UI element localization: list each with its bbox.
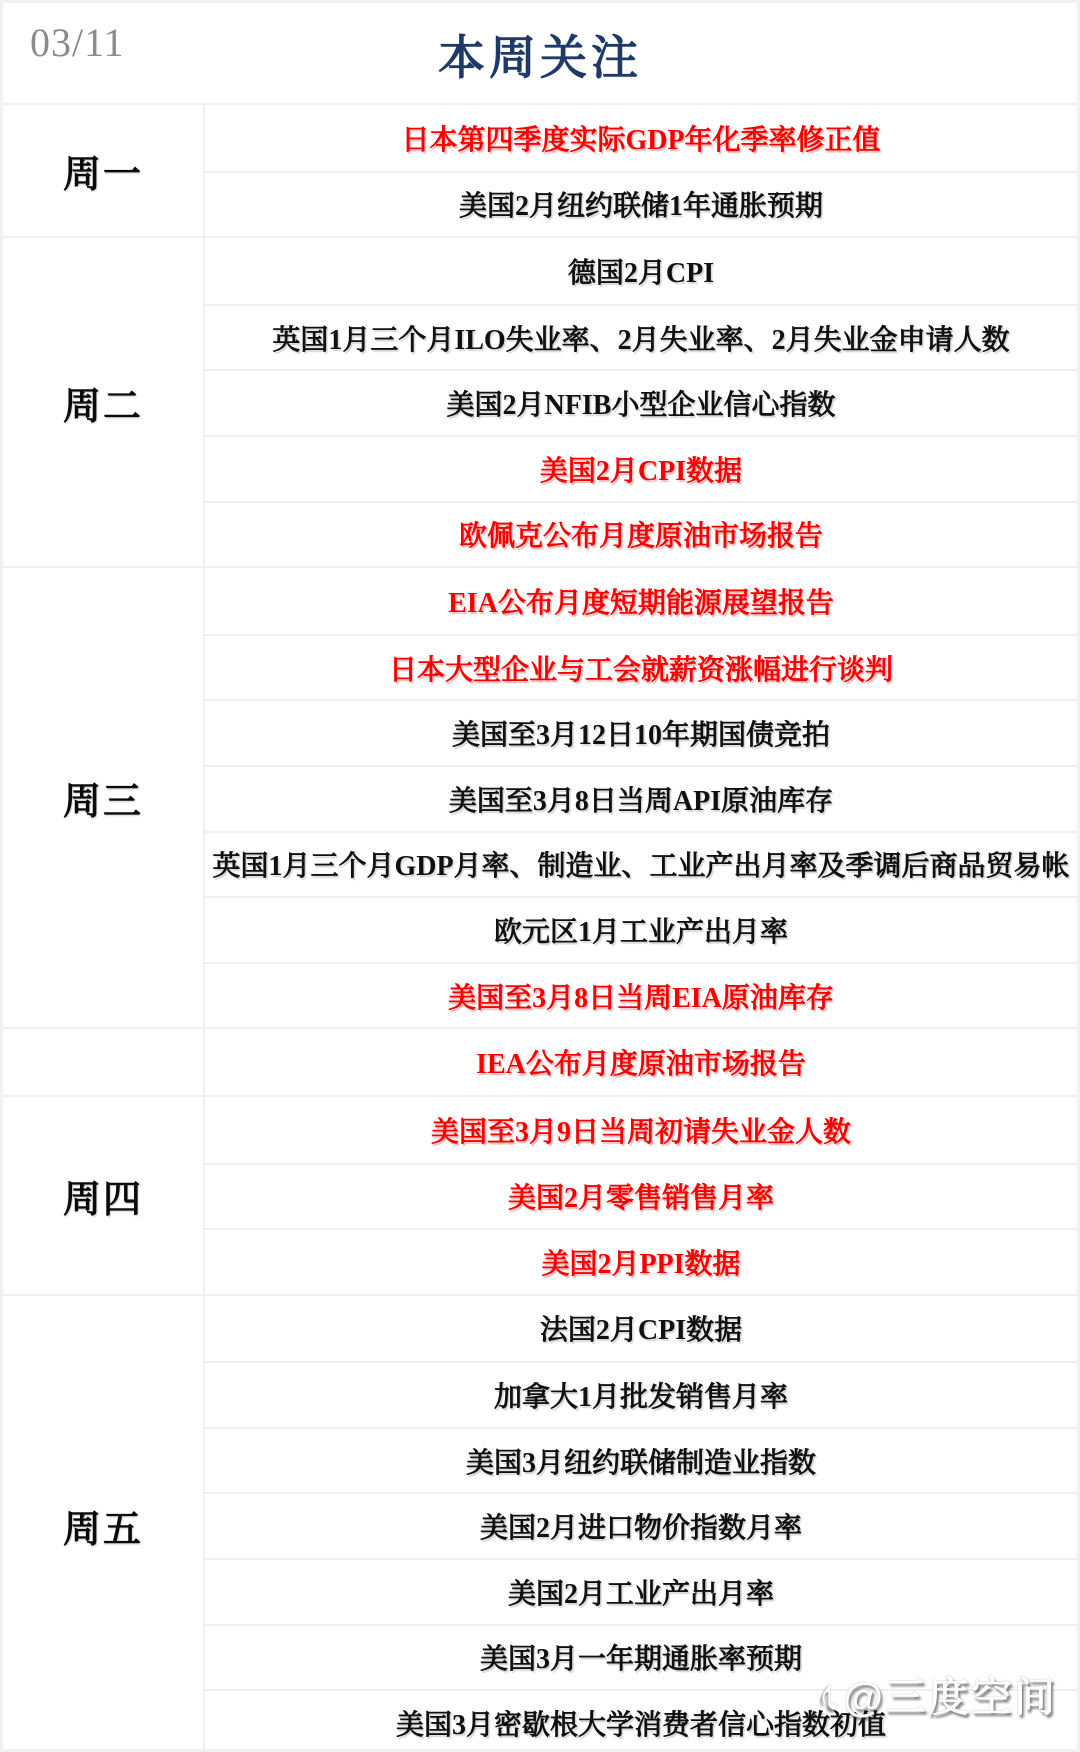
event-row: 德国2月CPI: [205, 238, 1077, 304]
event-row: 法国2月CPI数据: [205, 1296, 1077, 1362]
event-list: 日本第四季度实际GDP年化季率修正值美国2月纽约联储1年通胀预期: [205, 105, 1077, 236]
event-row: 美国至3月8日当周EIA原油库存: [205, 962, 1077, 1028]
event-text: 美国至3月12日10年期国债竞拍: [452, 713, 830, 753]
event-text: 美国2月进口物价指数月率: [480, 1506, 802, 1546]
event-list: EIA公布月度短期能源展望报告日本大型企业与工会就薪资涨幅进行谈判美国至3月12…: [205, 568, 1077, 1027]
event-text-highlight: 美国2月零售销售月率: [508, 1176, 774, 1216]
event-list: 美国至3月9日当周初请失业金人数美国2月零售销售月率美国2月PPI数据: [205, 1097, 1077, 1294]
day-label: 周三: [3, 568, 205, 1027]
event-text: 美国2月NFIB小型企业信心指数: [447, 383, 836, 423]
event-row: 美国2月零售销售月率: [205, 1163, 1077, 1229]
event-row: 美国3月纽约联储制造业指数: [205, 1427, 1077, 1493]
event-row: 美国2月PPI数据: [205, 1228, 1077, 1294]
event-row: 美国至3月9日当周初请失业金人数: [205, 1097, 1077, 1163]
day-group: IEA公布月度原油市场报告: [3, 1027, 1077, 1095]
event-row: 美国2月纽约联储1年通胀预期: [205, 171, 1077, 237]
day-label: 周五: [3, 1296, 205, 1752]
infographic-page: 03/11 本周关注 周一日本第四季度实际GDP年化季率修正值美国2月纽约联储1…: [0, 0, 1080, 1752]
event-row: 英国1月三个月ILO失业率、2月失业率、2月失业金申请人数: [205, 304, 1077, 370]
event-text-highlight: 美国至3月9日当周初请失业金人数: [431, 1110, 851, 1150]
event-text: 英国1月三个月ILO失业率、2月失业率、2月失业金申请人数: [272, 318, 1009, 358]
day-group: 周三EIA公布月度短期能源展望报告日本大型企业与工会就薪资涨幅进行谈判美国至3月…: [3, 566, 1077, 1027]
event-text-highlight: 美国2月CPI数据: [540, 449, 742, 489]
event-text-highlight: 日本第四季度实际GDP年化季率修正值: [401, 118, 880, 158]
event-text: 德国2月CPI: [568, 251, 714, 291]
day-group: 周四美国至3月9日当周初请失业金人数美国2月零售销售月率美国2月PPI数据: [3, 1095, 1077, 1294]
day-label: 周二: [3, 238, 205, 566]
day-label: 周一: [3, 105, 205, 236]
event-row: 美国2月进口物价指数月率: [205, 1492, 1077, 1558]
event-row: 美国2月NFIB小型企业信心指数: [205, 369, 1077, 435]
event-list: 法国2月CPI数据加拿大1月批发销售月率美国3月纽约联储制造业指数美国2月进口物…: [205, 1296, 1077, 1752]
event-row: 美国至3月8日当周API原油库存: [205, 765, 1077, 831]
day-label: [3, 1029, 205, 1095]
event-row: 美国3月密歇根大学消费者信心指数初值: [205, 1689, 1077, 1752]
event-row: 欧佩克公布月度原油市场报告: [205, 501, 1077, 567]
header: 03/11 本周关注: [3, 3, 1077, 100]
event-row: 美国2月工业产出月率: [205, 1558, 1077, 1624]
event-text: 美国2月工业产出月率: [508, 1572, 774, 1612]
day-group: 周一日本第四季度实际GDP年化季率修正值美国2月纽约联储1年通胀预期: [3, 105, 1077, 236]
event-text-highlight: 欧佩克公布月度原油市场报告: [459, 514, 823, 554]
event-text: 欧元区1月工业产出月率: [494, 910, 788, 950]
event-text: 加拿大1月批发销售月率: [494, 1375, 788, 1415]
event-text-highlight: IEA公布月度原油市场报告: [476, 1042, 806, 1082]
event-text-highlight: EIA公布月度短期能源展望报告: [448, 581, 834, 621]
event-row: 美国3月一年期通胀率预期: [205, 1624, 1077, 1690]
event-text: 英国1月三个月GDP月率、制造业、工业产出月率及季调后商品贸易帐: [212, 844, 1069, 884]
day-label: 周四: [3, 1097, 205, 1294]
event-row: IEA公布月度原油市场报告: [205, 1029, 1077, 1095]
event-text: 美国至3月8日当周API原油库存: [449, 779, 833, 819]
event-list: IEA公布月度原油市场报告: [205, 1029, 1077, 1095]
event-row: 美国至3月12日10年期国债竞拍: [205, 699, 1077, 765]
event-text: 美国3月密歇根大学消费者信心指数初值: [396, 1703, 886, 1743]
event-text: 美国3月一年期通胀率预期: [480, 1637, 802, 1677]
event-text: 法国2月CPI数据: [540, 1308, 742, 1348]
event-text-highlight: 日本大型企业与工会就薪资涨幅进行谈判: [389, 648, 893, 688]
event-row: 英国1月三个月GDP月率、制造业、工业产出月率及季调后商品贸易帐: [205, 831, 1077, 897]
schedule-table: 周一日本第四季度实际GDP年化季率修正值美国2月纽约联储1年通胀预期周二德国2月…: [3, 103, 1077, 1749]
event-row: 日本第四季度实际GDP年化季率修正值: [205, 105, 1077, 171]
event-row: EIA公布月度短期能源展望报告: [205, 568, 1077, 634]
page-title: 本周关注: [3, 3, 1077, 88]
date-label: 03/11: [30, 19, 125, 66]
event-row: 欧元区1月工业产出月率: [205, 896, 1077, 962]
event-text: 美国3月纽约联储制造业指数: [466, 1441, 816, 1481]
event-text-highlight: 美国2月PPI数据: [541, 1242, 740, 1282]
event-row: 加拿大1月批发销售月率: [205, 1361, 1077, 1427]
event-list: 德国2月CPI英国1月三个月ILO失业率、2月失业率、2月失业金申请人数美国2月…: [205, 238, 1077, 566]
event-text: 美国2月纽约联储1年通胀预期: [459, 184, 823, 224]
event-text-highlight: 美国至3月8日当周EIA原油库存: [448, 976, 834, 1016]
event-row: 美国2月CPI数据: [205, 435, 1077, 501]
event-row: 日本大型企业与工会就薪资涨幅进行谈判: [205, 634, 1077, 700]
day-group: 周二德国2月CPI英国1月三个月ILO失业率、2月失业率、2月失业金申请人数美国…: [3, 236, 1077, 566]
day-group: 周五法国2月CPI数据加拿大1月批发销售月率美国3月纽约联储制造业指数美国2月进…: [3, 1294, 1077, 1752]
